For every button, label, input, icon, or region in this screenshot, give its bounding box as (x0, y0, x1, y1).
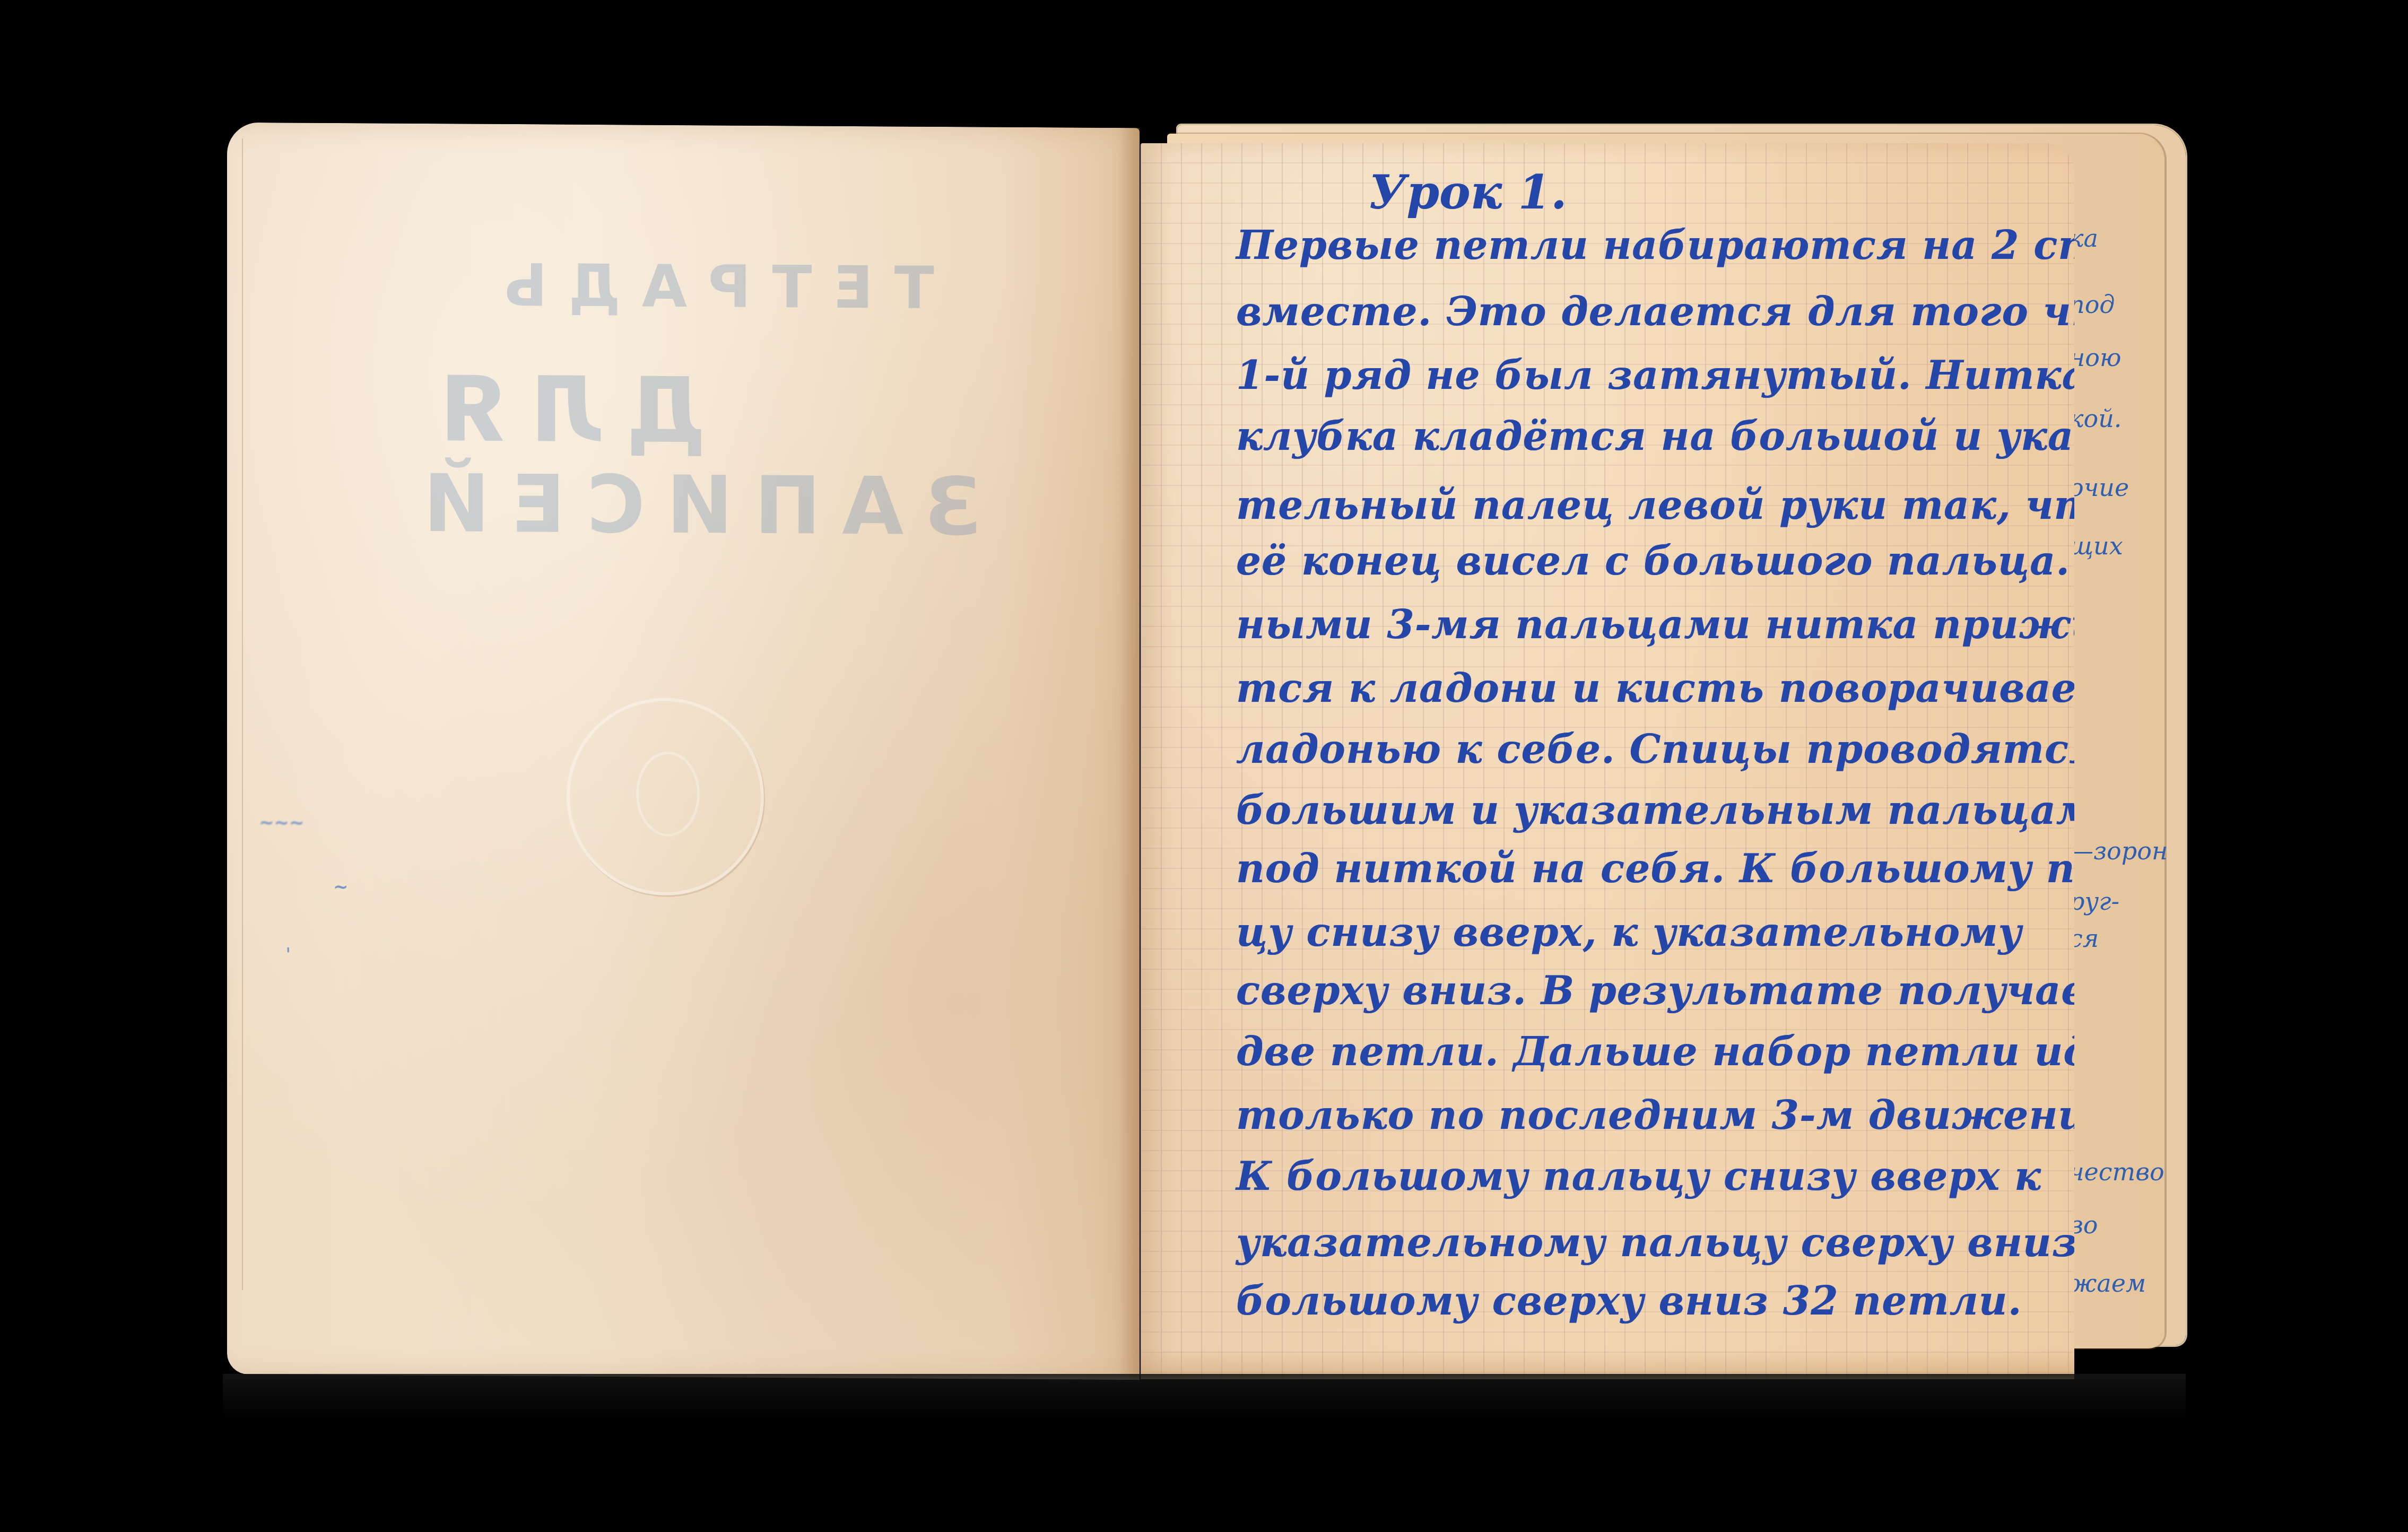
text-line: только по последним 3-м движениям: (1236, 1093, 2074, 1138)
text-line: вместе. Это делается для того чтобы (1236, 289, 2074, 335)
show-through-line-3: ЗАПИСЕЙ (402, 458, 981, 554)
margin-fragment: руг- (2069, 887, 2119, 916)
margin-fragment: чество (2069, 1157, 2164, 1186)
text-line: К большому пальцу снизу вверх к (1236, 1154, 2041, 1199)
margin-fragment: щих (2069, 532, 2123, 560)
show-through-line-1: ТЕТРАДЬ (482, 251, 934, 322)
text-line: тся к ладони и кисть поворачивается (1236, 666, 2074, 711)
margin-fragment: очие (2069, 473, 2129, 502)
text-line: указательному пальцу сверху вниз, и к (1236, 1220, 2074, 1266)
text-line: тельный палец левой руки так, чтобы (1236, 483, 2074, 528)
margin-fragment: —зорон (2069, 837, 2168, 865)
text-line: цу снизу вверх, к указательному (1236, 910, 2022, 955)
margin-fragment: под (2069, 290, 2115, 319)
text-line: ными 3-мя пальцами нитка прижимае- (1236, 602, 2074, 648)
show-through-line-2: ДЛЯ (418, 357, 707, 464)
text-line: под ниткой на себя. К большому паль- (1236, 846, 2074, 892)
text-line: сверху вниз. В результате получается (1236, 968, 2074, 1014)
text-line: большому сверху вниз 32 петли. (1236, 1278, 2022, 1324)
text-line: Первые петли набираются на 2 спицы (1236, 223, 2074, 268)
lesson-title: Урок 1. (1369, 164, 1567, 220)
text-line: две петли. Дальше набор петли идёт (1236, 1029, 2074, 1075)
margin-fragment: жаем (2069, 1269, 2146, 1298)
notebook-shadow (223, 1374, 2186, 1416)
text-line: клубка кладётся на большой и указа- (1236, 414, 2074, 459)
margin-fragment: кой. (2069, 404, 2122, 433)
embossed-emblem-icon (567, 698, 764, 896)
ink-stain: ~ (333, 876, 349, 898)
ink-stain: ~~~ (259, 812, 304, 834)
text-line: 1-й ряд не был затянутый. Нитка от (1236, 353, 2074, 398)
ink-stain: ˌ (285, 934, 291, 955)
embossed-emblem-inner (636, 751, 700, 837)
text-line: её конец висел с большого пальца. Осталь… (1236, 538, 2074, 584)
left-page-inside-cover: ТЕТРАДЬ ДЛЯ ЗАПИСЕЙ ~~~ ~ ˌ (227, 123, 1140, 1380)
text-line: большим и указательным пальцами (1236, 788, 2074, 833)
right-page-lesson: Урок 1. Первые петли набираются на 2 спи… (1141, 143, 2074, 1379)
cover-edge-line (242, 138, 243, 1290)
photo-scene: ТЕТРАДЬ ДЛЯ ЗАПИСЕЙ ~~~ ~ ˌ ка под ною к… (0, 0, 2408, 1532)
margin-fragment: ною (2069, 343, 2122, 372)
text-line: ладонью к себе. Спицы проводятся между (1236, 727, 2074, 772)
